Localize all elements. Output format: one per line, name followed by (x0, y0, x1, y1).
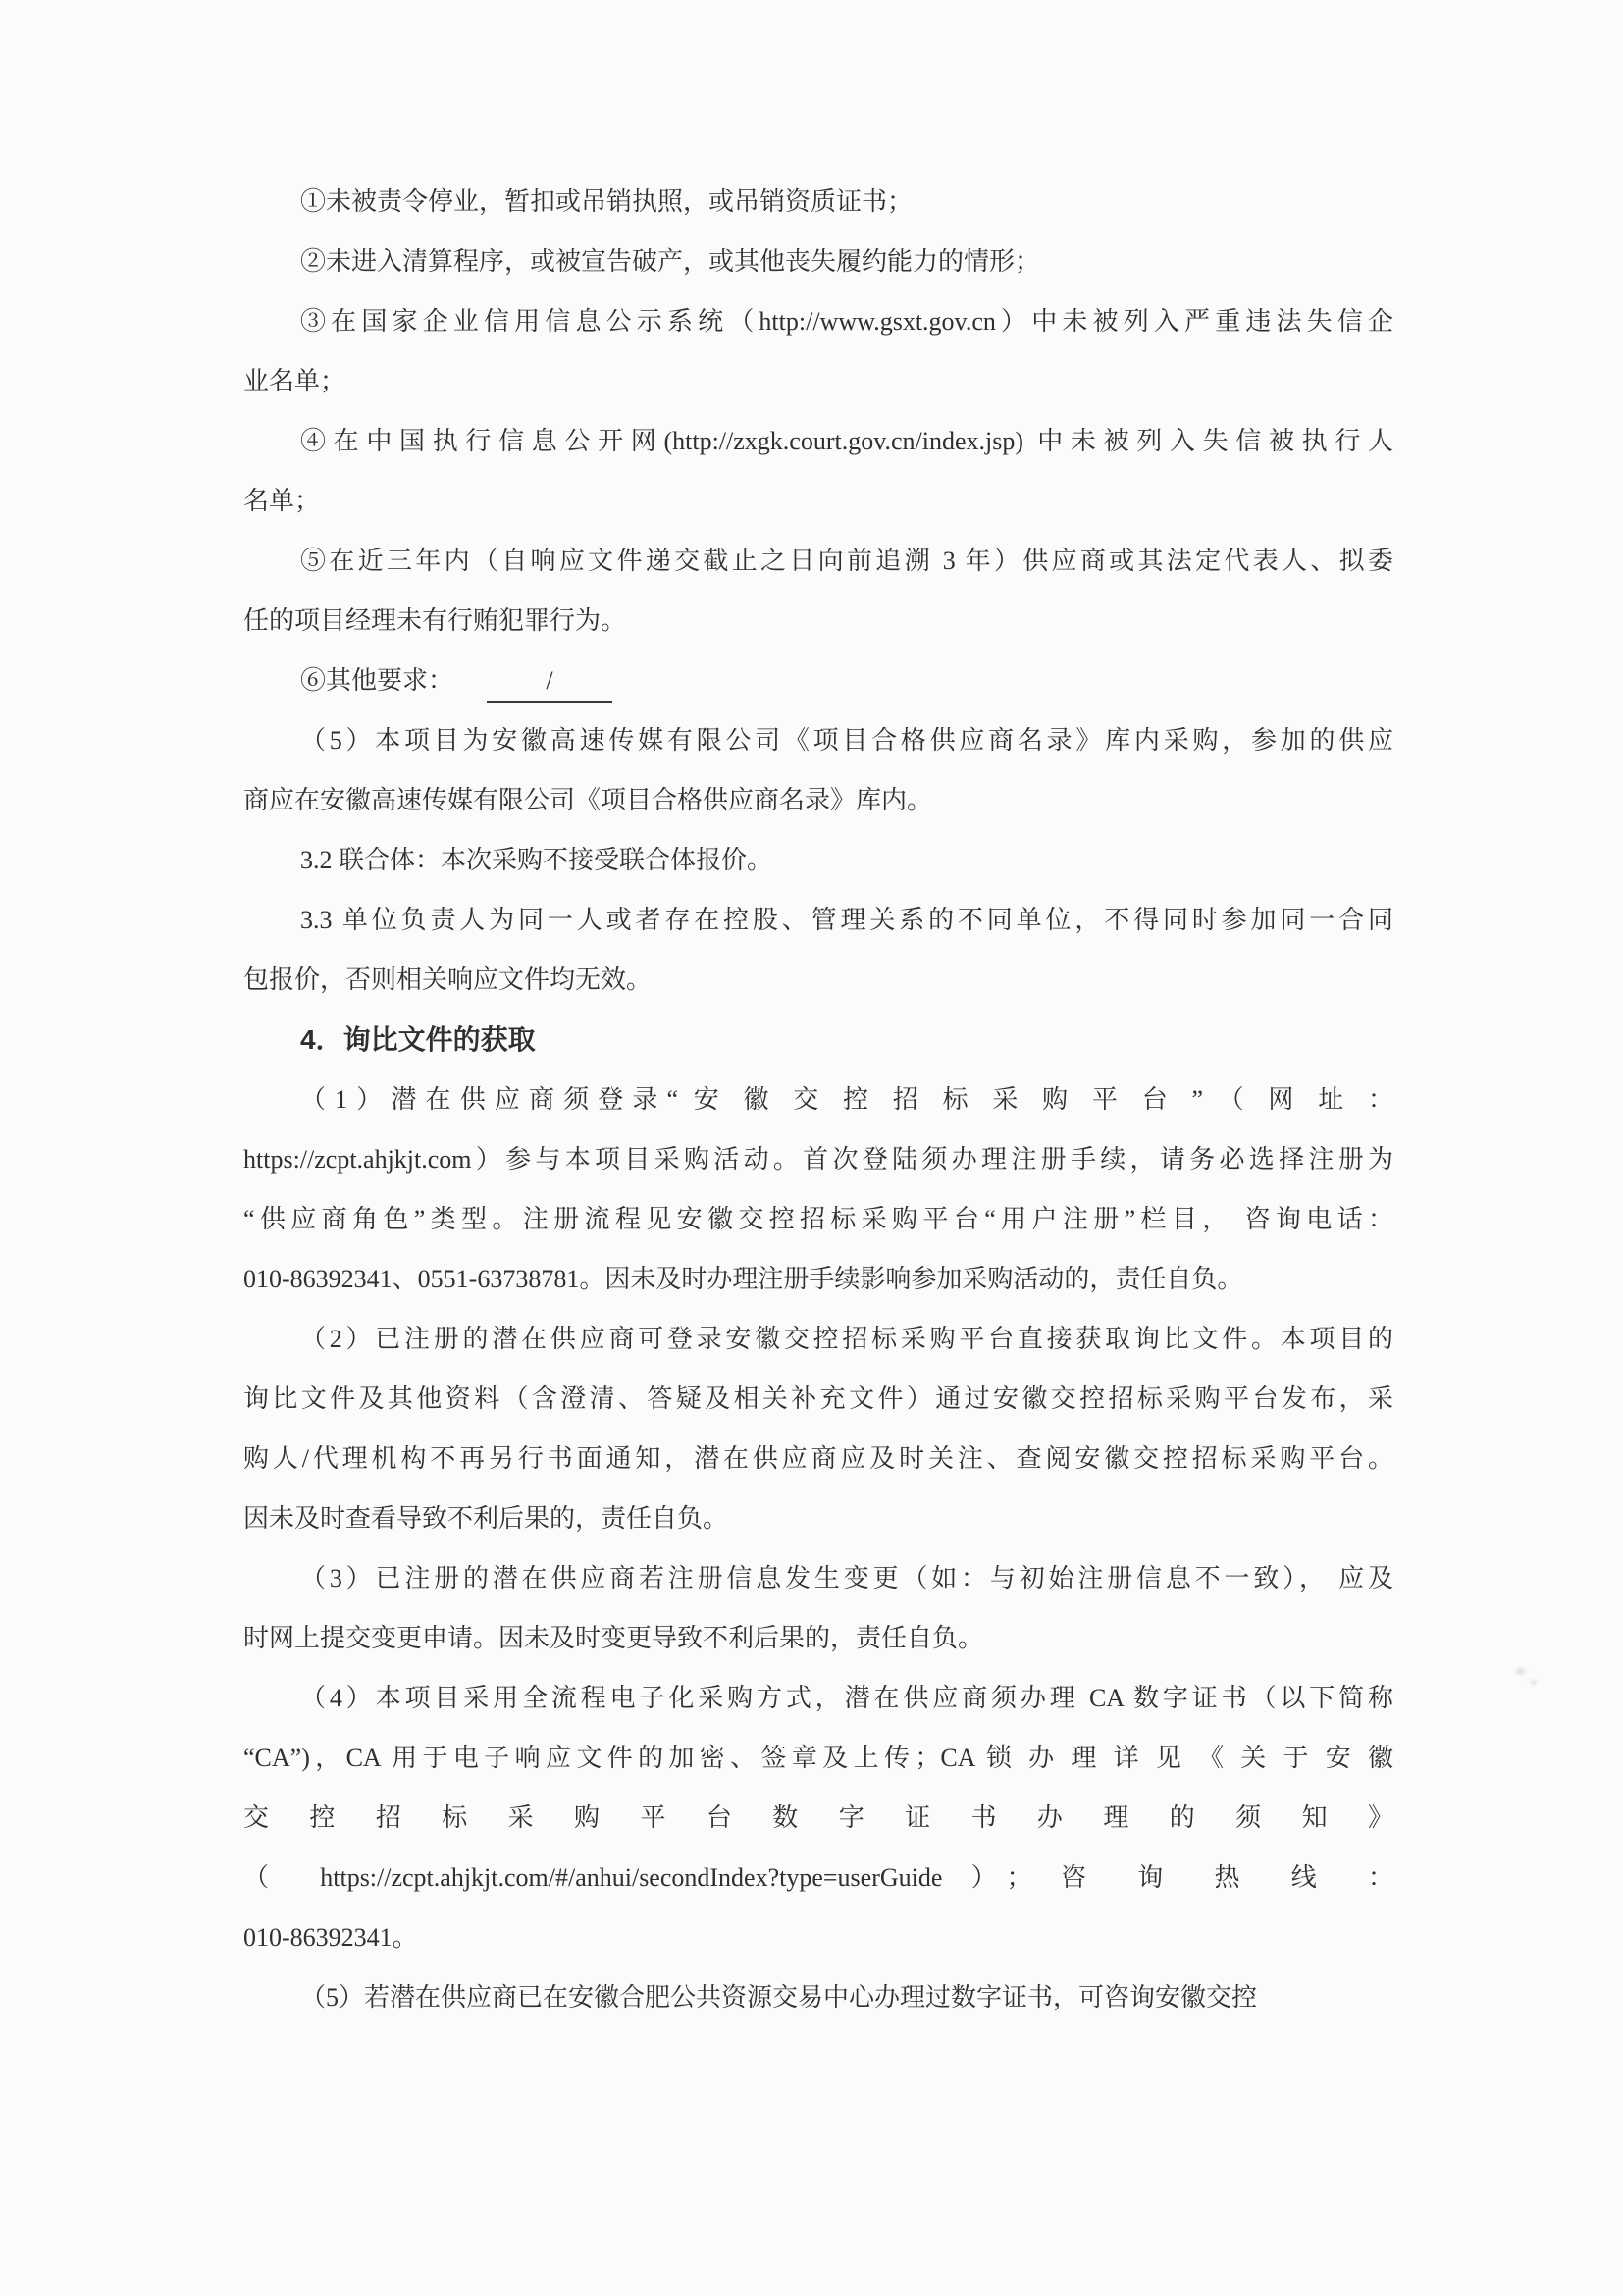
text-line: 购人/代理机构不再另行书面通知，潜在供应商应及时关注、查阅安徽交控招标采购平台。 (243, 1429, 1393, 1488)
line-text: ⑥其他要求： (300, 666, 453, 695)
text-line: 商应在安徽高速传媒有限公司《项目合格供应商名录》库内。 (243, 770, 1393, 830)
line-text: 任的项目经理未有行贿犯罪行为。 (243, 606, 626, 635)
line-text: “CA”)，CA 用于电子响应文件的加密、签章及上传；CA 锁 办 理 详 见 … (243, 1744, 1393, 1772)
line-text: ⑤在近三年内（自响应文件递交截止之日向前追溯 3 年）供应商或其法定代表人、拟委 (300, 547, 1393, 575)
blank-field: / (487, 661, 612, 703)
text-line: （5）若潜在供应商已在安徽合肥公共资源交易中心办理过数字证书，可咨询安徽交控 (243, 1967, 1393, 2027)
line-text: （2）已注册的潜在供应商可登录安徽交控招标采购平台直接获取询比文件。本项目的 (300, 1325, 1393, 1353)
text-line: ②未进入清算程序，或被宣告破产，或其他丧失履约能力的情形； (243, 232, 1393, 291)
line-text: （5）本项目为安徽高速传媒有限公司《项目合格供应商名录》库内采购，参加的供应 (300, 726, 1393, 755)
text-line: “供应商角色”类型。注册流程见安徽交控招标采购平台“用户注册”栏目， 咨询电话： (243, 1189, 1393, 1249)
text-line: 因未及时查看导致不利后果的，责任自负。 (243, 1488, 1393, 1548)
line-text: “供应商角色”类型。注册流程见安徽交控招标采购平台“用户注册”栏目， 咨询电话： (243, 1205, 1393, 1233)
line-text: （5）若潜在供应商已在安徽合肥公共资源交易中心办理过数字证书，可咨询安徽交控 (300, 1983, 1257, 2011)
line-text: （1）潜在供应商须登录“ 安 徽 交 控 招 标 采 购 平 台 ” （ 网 址… (300, 1085, 1393, 1114)
text-line: ④在中国执行信息公开网(http://zxgk.court.gov.cn/ind… (243, 411, 1393, 471)
line-text: 商应在安徽高速传媒有限公司《项目合格供应商名录》库内。 (243, 786, 932, 814)
text-line: （ https://zcpt.ahjkjt.com/#/anhui/second… (243, 1848, 1393, 1907)
text-line: ⑤在近三年内（自响应文件递交截止之日向前追溯 3 年）供应商或其法定代表人、拟委 (243, 531, 1393, 591)
line-text: 包报价，否则相关响应文件均无效。 (243, 965, 652, 994)
text-block: ①未被责令停业，暂扣或吊销执照，或吊销资质证书；②未进入清算程序，或被宣告破产，… (243, 172, 1393, 2027)
text-line: ①未被责令停业，暂扣或吊销执照，或吊销资质证书； (243, 172, 1393, 232)
line-text: 010-86392341。 (243, 1923, 418, 1952)
text-line: https://zcpt.ahjkjt.com）参与本项目采购活动。首次登陆须办… (243, 1129, 1393, 1189)
line-text: （3）已注册的潜在供应商若注册信息发生变更（如：与初始注册信息不一致）， 应及 (300, 1564, 1393, 1592)
line-text: （4）本项目采用全流程电子化采购方式，潜在供应商须办理 CA 数字证书（以下简称 (300, 1684, 1393, 1712)
text-line: 010-86392341。 (243, 1907, 1393, 1967)
section-heading: 4．询比文件的获取 (243, 1010, 1393, 1070)
scan-noise-speckle (1531, 1680, 1537, 1685)
text-line: 任的项目经理未有行贿犯罪行为。 (243, 591, 1393, 651)
line-text: 交 控 招 标 采 购 平 台 数 字 证 书 办 理 的 须 知 》 (243, 1803, 1393, 1832)
line-text: ③在国家企业信用信息公示系统（http://www.gsxt.gov.cn）中未… (300, 307, 1393, 336)
scan-noise-speckle (1516, 1668, 1525, 1675)
text-line: ⑥其他要求：/ (243, 651, 1393, 710)
text-line: （3）已注册的潜在供应商若注册信息发生变更（如：与初始注册信息不一致）， 应及 (243, 1548, 1393, 1608)
document-page: ①未被责令停业，暂扣或吊销执照，或吊销资质证书；②未进入清算程序，或被宣告破产，… (0, 0, 1623, 2296)
line-text: 询比文件及其他资料（含澄清、答疑及相关补充文件）通过安徽交控招标采购平台发布，采 (243, 1384, 1393, 1413)
text-line: “CA”)，CA 用于电子响应文件的加密、签章及上传；CA 锁 办 理 详 见 … (243, 1728, 1393, 1788)
text-line: 询比文件及其他资料（含澄清、答疑及相关补充文件）通过安徽交控招标采购平台发布，采 (243, 1369, 1393, 1429)
text-line: 3.2 联合体：本次采购不接受联合体报价。 (243, 830, 1393, 890)
line-text: 3.3 单位负责人为同一人或者存在控股、管理关系的不同单位，不得同时参加同一合同 (300, 906, 1393, 934)
text-line: 交 控 招 标 采 购 平 台 数 字 证 书 办 理 的 须 知 》 (243, 1788, 1393, 1848)
line-text: 业名单； (243, 367, 345, 395)
text-line: （4）本项目采用全流程电子化采购方式，潜在供应商须办理 CA 数字证书（以下简称 (243, 1668, 1393, 1728)
line-text: 4．询比文件的获取 (300, 1024, 536, 1055)
text-line: 时网上提交变更申请。因未及时变更导致不利后果的，责任自负。 (243, 1608, 1393, 1668)
line-text: https://zcpt.ahjkjt.com）参与本项目采购活动。首次登陆须办… (243, 1145, 1393, 1174)
line-text: （ https://zcpt.ahjkjt.com/#/anhui/second… (243, 1863, 1393, 1892)
line-text: 时网上提交变更申请。因未及时变更导致不利后果的，责任自负。 (243, 1624, 983, 1652)
text-line: 业名单； (243, 351, 1393, 411)
line-text: ①未被责令停业，暂扣或吊销执照，或吊销资质证书； (300, 187, 913, 216)
text-line: 名单； (243, 471, 1393, 531)
text-line: （1）潜在供应商须登录“ 安 徽 交 控 招 标 采 购 平 台 ” （ 网 址… (243, 1070, 1393, 1129)
text-line: ③在国家企业信用信息公示系统（http://www.gsxt.gov.cn）中未… (243, 291, 1393, 351)
line-text: 010-86392341、0551-63738781。因未及时办理注册手续影响参… (243, 1265, 1242, 1293)
line-text: 名单； (243, 487, 320, 515)
text-line: 010-86392341、0551-63738781。因未及时办理注册手续影响参… (243, 1249, 1393, 1309)
line-text: ④在中国执行信息公开网(http://zxgk.court.gov.cn/ind… (300, 427, 1393, 455)
line-text: 3.2 联合体：本次采购不接受联合体报价。 (300, 846, 772, 874)
text-line: （5）本项目为安徽高速传媒有限公司《项目合格供应商名录》库内采购，参加的供应 (243, 710, 1393, 770)
text-line: 3.3 单位负责人为同一人或者存在控股、管理关系的不同单位，不得同时参加同一合同 (243, 890, 1393, 950)
text-line: （2）已注册的潜在供应商可登录安徽交控招标采购平台直接获取询比文件。本项目的 (243, 1309, 1393, 1369)
line-text: ②未进入清算程序，或被宣告破产，或其他丧失履约能力的情形； (300, 247, 1040, 276)
line-text: 因未及时查看导致不利后果的，责任自负。 (243, 1504, 728, 1533)
text-line: 包报价，否则相关响应文件均无效。 (243, 950, 1393, 1010)
line-text: 购人/代理机构不再另行书面通知，潜在供应商应及时关注、查阅安徽交控招标采购平台。 (243, 1444, 1393, 1473)
